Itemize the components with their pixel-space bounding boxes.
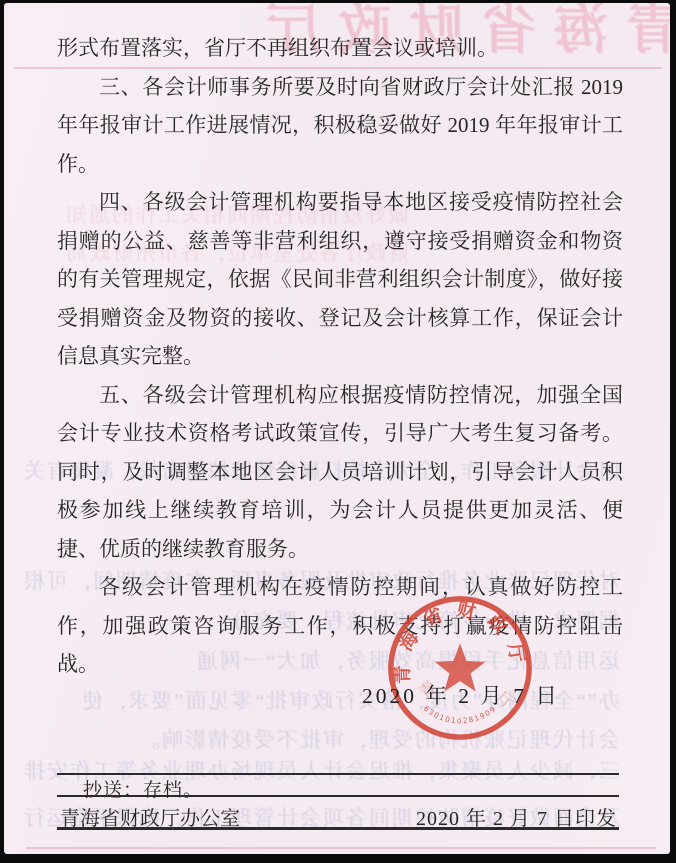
bleedthrough-red-rule-bottom (26, 847, 656, 849)
paragraph-item-4: 四、各级会计管理机构要指导本地区接受疫情防控社会捐赠的公益、慈善等非营利组织，遵… (57, 183, 623, 376)
paragraph-item-3: 三、各会计师事务所要及时向省财政厅会计处汇报 2019 年年报审计工作进展情况，… (57, 68, 623, 184)
cc-line: 抄送：存档。 (83, 775, 483, 802)
official-seal-graphic: 青海省财政厅 6301010281909 青 厅 (381, 589, 539, 747)
issue-date: 2020 年 2 月 7 日 (356, 679, 566, 710)
paragraph-item-5: 五、各级会计管理机构应根据疫情防控情况，加强全国会计专业技术资格考试政策宣传，引… (57, 376, 623, 569)
official-seal: 青海省财政厅 6301010281909 青 厅 (381, 589, 539, 747)
footer-rule-bottom (57, 827, 619, 830)
document-body: 形式布置落实，省厅不再组织布置会议或培训。 三、各会计师事务所要及时向省财政厅会… (57, 29, 623, 684)
paragraph-continuation: 形式布置落实，省厅不再组织布置会议或培训。 (57, 29, 623, 68)
scanned-document-page: 青海省财政厅 做好疫情防控期间相关工作的通知 财政厅各处室单位，各市州财政局 同… (4, 3, 670, 854)
footer-rule-middle (57, 795, 619, 797)
